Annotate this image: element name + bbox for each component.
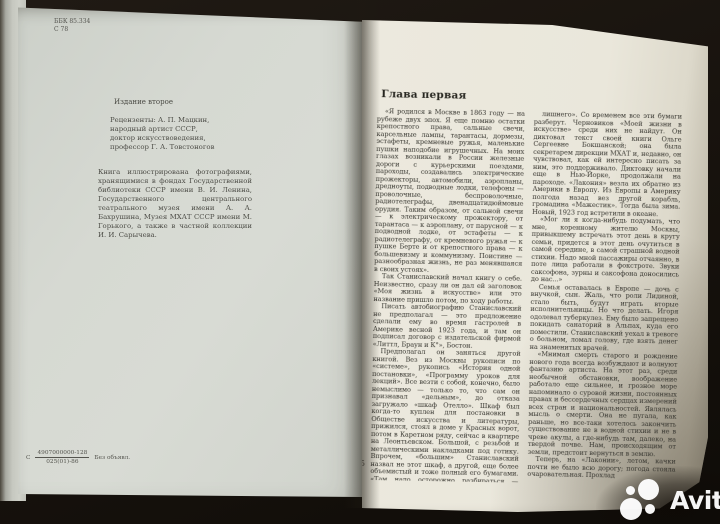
avito-wordmark: Avito <box>670 486 720 515</box>
book-photo: { "left_page": { "classification": { "li… <box>0 0 720 524</box>
edition-note: Издание второе <box>114 98 173 106</box>
left-page: ББК 85.334 С 78 Издание второе Рецензент… <box>18 6 362 497</box>
imprint-note: Без объявл. <box>94 455 130 461</box>
avito-logo-dot-icon <box>645 504 655 514</box>
paragraph: «Мог ли я когда-нибудь подумать, что мне… <box>531 216 680 286</box>
avito-watermark: Avito <box>614 478 720 524</box>
author-sign: С 78 <box>54 26 90 34</box>
avito-logo-dot-icon <box>638 479 659 500</box>
imprint-numerator: 4907000000-128 <box>35 450 89 458</box>
right-page-content: Глава первая «Я родился в Москве в 1863 … <box>354 14 709 518</box>
imprint-code: С 4907000000-128 025(01)-86 Без объявл. <box>26 450 130 465</box>
paragraph: «Мнимая смерть старого и рождение нового… <box>528 351 678 459</box>
avito-logo-dot-icon <box>626 486 635 495</box>
paragraph: Писать автобиографию Станиславский не пр… <box>373 303 522 351</box>
paragraph: «Я родился в Москве в 1863 году — на руб… <box>374 108 525 276</box>
library-classification: ББК 85.334 С 78 <box>54 18 90 34</box>
reviewers-block: Рецензенты: А. П. Мацкин,народный артист… <box>110 116 280 152</box>
chapter-heading: Глава первая <box>381 88 466 102</box>
right-page: Глава первая «Я родился в Москве в 1863 … <box>362 14 708 512</box>
paragraph: Предполагал он заняться другой книгой. В… <box>370 348 520 483</box>
reviewer-line: профессор Г. А. Товстоногов <box>110 143 280 152</box>
bbk-code: ББК 85.334 <box>54 18 90 26</box>
text-column-2: лишнего». Со временем все эти бумаги раз… <box>527 111 682 486</box>
imprint-denominator: 025(01)-86 <box>35 458 89 465</box>
imprint-fraction: 4907000000-128 025(01)-86 <box>35 450 89 465</box>
imprint-letter: С <box>26 455 30 461</box>
text-columns: «Я родился в Москве в 1863 году — на руб… <box>370 108 683 486</box>
reviewer-line: Рецензенты: А. П. Мацкин, <box>110 116 280 125</box>
paragraph: Так Станиславский начал книгу о себе. Не… <box>373 273 522 306</box>
reviewer-line: доктор искусствоведения, <box>110 134 280 143</box>
reviewer-line: народный артист СССР, <box>110 125 280 134</box>
book-annotation: Книга иллюстрирована фотографиями, храня… <box>98 168 252 240</box>
paragraph: лишнего». Со временем все эти бумаги раз… <box>532 111 682 219</box>
paragraph: Семья оставалась в Европе — дочь с внучк… <box>530 283 679 353</box>
text-column-1: «Я родился в Москве в 1863 году — на руб… <box>370 108 525 483</box>
avito-logo-dot-icon <box>620 498 642 520</box>
